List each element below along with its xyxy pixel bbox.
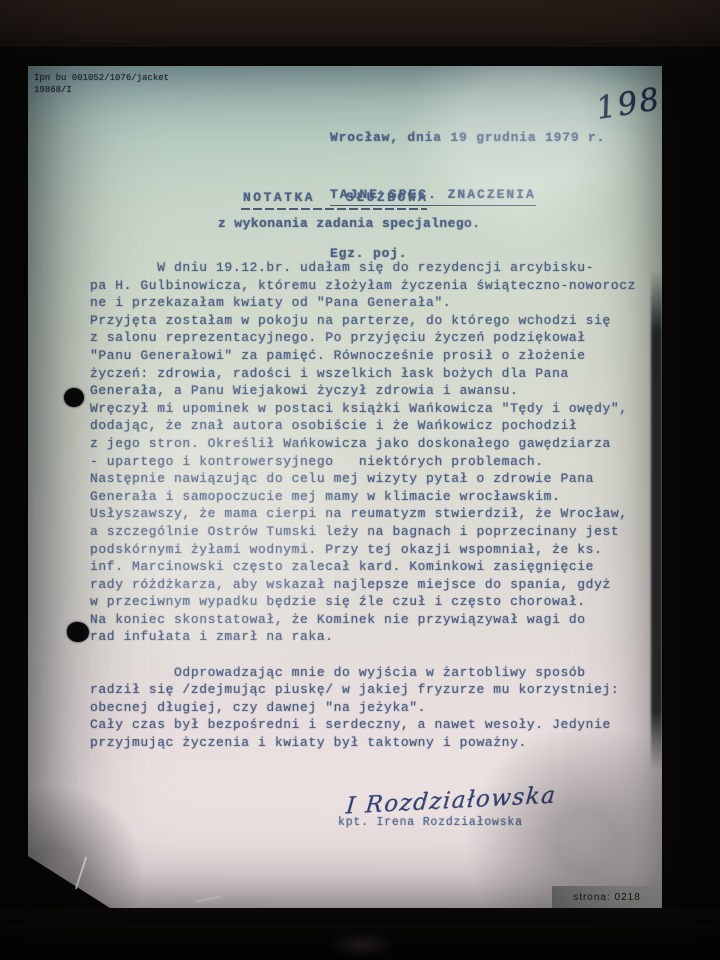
archive-label-line2: 19868/I: [34, 85, 72, 95]
page-counter-badge: strona: 0218: [552, 886, 662, 909]
body-line: rad infułata i zmarł na raka.: [90, 628, 665, 646]
document-page: Ipn bu 001052/1076/jacket19868/I Wrocław…: [28, 66, 662, 908]
body-line: Następnie nawiązując do celu mej wizyty …: [90, 470, 665, 488]
monitor-top-bezel: [0, 0, 720, 47]
monitor-logo: [330, 932, 394, 958]
body-line: Na koniec skonstatował, że Kominek nie p…: [90, 611, 665, 629]
body-text: W dniu 19.12.br. udałam się do rezydencj…: [90, 259, 665, 752]
archive-label: Ipn bu 001052/1076/jacket19868/I: [34, 72, 169, 96]
hole-punch-bottom: [67, 622, 89, 642]
document-title: NOTATKA SŁUŻBOWA: [243, 190, 428, 205]
body-line: - upartego i kontrowersyjnego niektórych…: [90, 453, 665, 471]
body-line: W dniu 19.12.br. udałam się do rezydencj…: [90, 259, 665, 277]
signature-typed: kpt. Irena Rozdziałowska: [338, 816, 523, 829]
body-line: ne i przekazałam kwiaty od "Pana Generał…: [90, 294, 665, 312]
body-line: dodając, że znał autora osobiście i że W…: [90, 417, 665, 435]
archive-label-line1: Ipn bu 001052/1076/jacket: [34, 73, 169, 83]
handwritten-page-number: 198: [594, 81, 664, 127]
title-underline: [241, 208, 427, 210]
body-line: z salonu reprezentacyjnego. Po przyjęciu…: [90, 329, 665, 347]
body-line: radził się /zdejmując piuskę/ w jakiej f…: [90, 681, 665, 699]
body-line: w przeciwnym wypadku będzie się źle czuł…: [90, 593, 665, 611]
body-line: "Panu Generałowi" za pamięć. Równocześni…: [90, 347, 665, 365]
body-line: obecnej długiej, czy dawnej "na jeżyka".: [90, 699, 665, 717]
place-date: Wrocław, dnia 19 grudnia 1979 r.: [330, 128, 605, 147]
body-line: rady różdżkarza, aby wskazał najlepsze m…: [90, 576, 665, 594]
body-line: [90, 646, 665, 664]
body-line: Cały czas był bezpośredni i serdeczny, a…: [90, 716, 665, 734]
body-line: Usłyszawszy, że mama cierpi na reumatyzm…: [90, 505, 665, 523]
body-line: inf. Marcinowski często zalecał kard. Ko…: [90, 558, 665, 576]
signature-handwritten: I Rozdziałowska: [345, 782, 558, 819]
body-line: pa H. Gulbinowicza, któremu złożyłam życ…: [90, 277, 665, 295]
corner-shadow: [28, 856, 110, 908]
body-line: Wręczył mi upominek w postaci książki Wa…: [90, 400, 665, 418]
hole-punch-top: [64, 388, 84, 407]
bezel-seam-top: [0, 47, 720, 61]
body-line: Generała, a Panu Wiejakowi życzył zdrowi…: [90, 382, 665, 400]
body-line: podskórnymi żyłami wodnymi. Przy tej oka…: [90, 541, 665, 559]
photo-frame: Ipn bu 001052/1076/jacket19868/I Wrocław…: [0, 0, 720, 960]
film-edge-shadow: [651, 271, 662, 771]
body-line: Generała i samopoczucie mej mamy w klima…: [90, 488, 665, 506]
body-line: a szczególnie Ostrów Tumski leży na bagn…: [90, 523, 665, 541]
body-line: życzeń: zdrowia, radości i wszelkich łas…: [90, 365, 665, 383]
body-line: Odprowadzając mnie do wyjścia w żartobli…: [90, 664, 665, 682]
body-line: przyjmując życzenia i kwiaty był taktown…: [90, 734, 665, 752]
body-line: Przyjęta zostałam w pokoju na parterze, …: [90, 312, 665, 330]
body-line: z jego stron. Określił Wańkowicza jako d…: [90, 435, 665, 453]
document-subtitle: z wykonania zadania specjalnego.: [218, 216, 480, 231]
bezel-seam-bottom: [0, 926, 720, 927]
